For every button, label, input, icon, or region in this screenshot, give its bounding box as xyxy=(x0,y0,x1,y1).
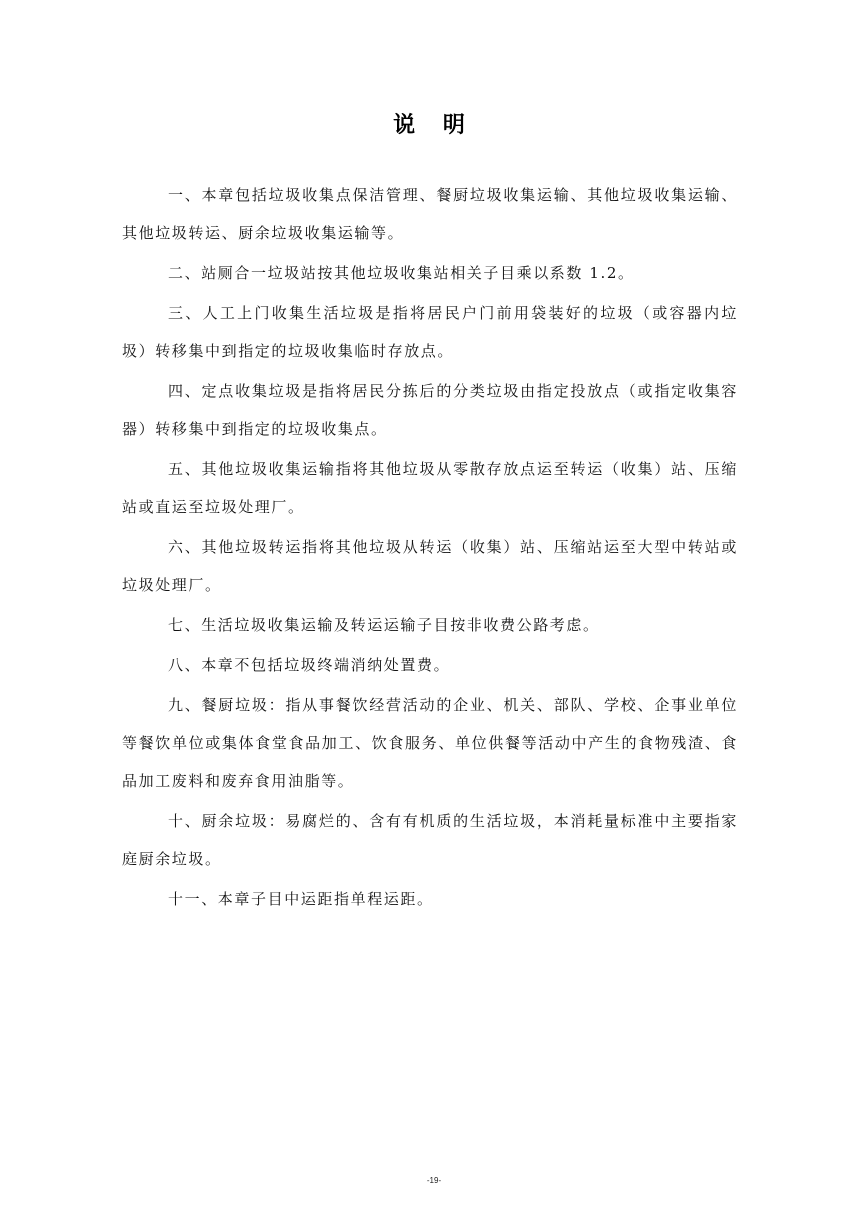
page-title: 说 明 xyxy=(0,108,868,139)
paragraph-1: 一、本章包括垃圾收集点保洁管理、餐厨垃圾收集运输、其他垃圾收集运输、其他垃圾转运… xyxy=(122,176,738,252)
paragraph-5: 五、其他垃圾收集运输指将其他垃圾从零散存放点运至转运（收集）站、压缩站或直运至垃… xyxy=(122,450,738,526)
paragraph-3: 三、人工上门收集生活垃圾是指将居民户门前用袋装好的垃圾（或容器内垃圾）转移集中到… xyxy=(122,294,738,370)
paragraph-6: 六、其他垃圾转运指将其他垃圾从转运（收集）站、压缩站运至大型中转站或垃圾处理厂。 xyxy=(122,528,738,604)
paragraph-9: 九、餐厨垃圾：指从事餐饮经营活动的企业、机关、部队、学校、企事业单位等餐饮单位或… xyxy=(122,686,738,800)
explanation-body: 一、本章包括垃圾收集点保洁管理、餐厨垃圾收集运输、其他垃圾收集运输、其他垃圾转运… xyxy=(122,176,738,920)
paragraph-4: 四、定点收集垃圾是指将居民分拣后的分类垃圾由指定投放点（或指定收集容器）转移集中… xyxy=(122,372,738,448)
page-number: -19- xyxy=(0,1176,868,1185)
paragraph-2: 二、站厕合一垃圾站按其他垃圾收集站相关子目乘以系数 1.2。 xyxy=(122,254,738,292)
paragraph-7: 七、生活垃圾收集运输及转运运输子目按非收费公路考虑。 xyxy=(122,606,738,644)
paragraph-11: 十一、本章子目中运距指单程运距。 xyxy=(122,880,738,918)
paragraph-8: 八、本章不包括垃圾终端消纳处置费。 xyxy=(122,646,738,684)
paragraph-10: 十、厨余垃圾：易腐烂的、含有有机质的生活垃圾，本消耗量标准中主要指家庭厨余垃圾。 xyxy=(122,802,738,878)
